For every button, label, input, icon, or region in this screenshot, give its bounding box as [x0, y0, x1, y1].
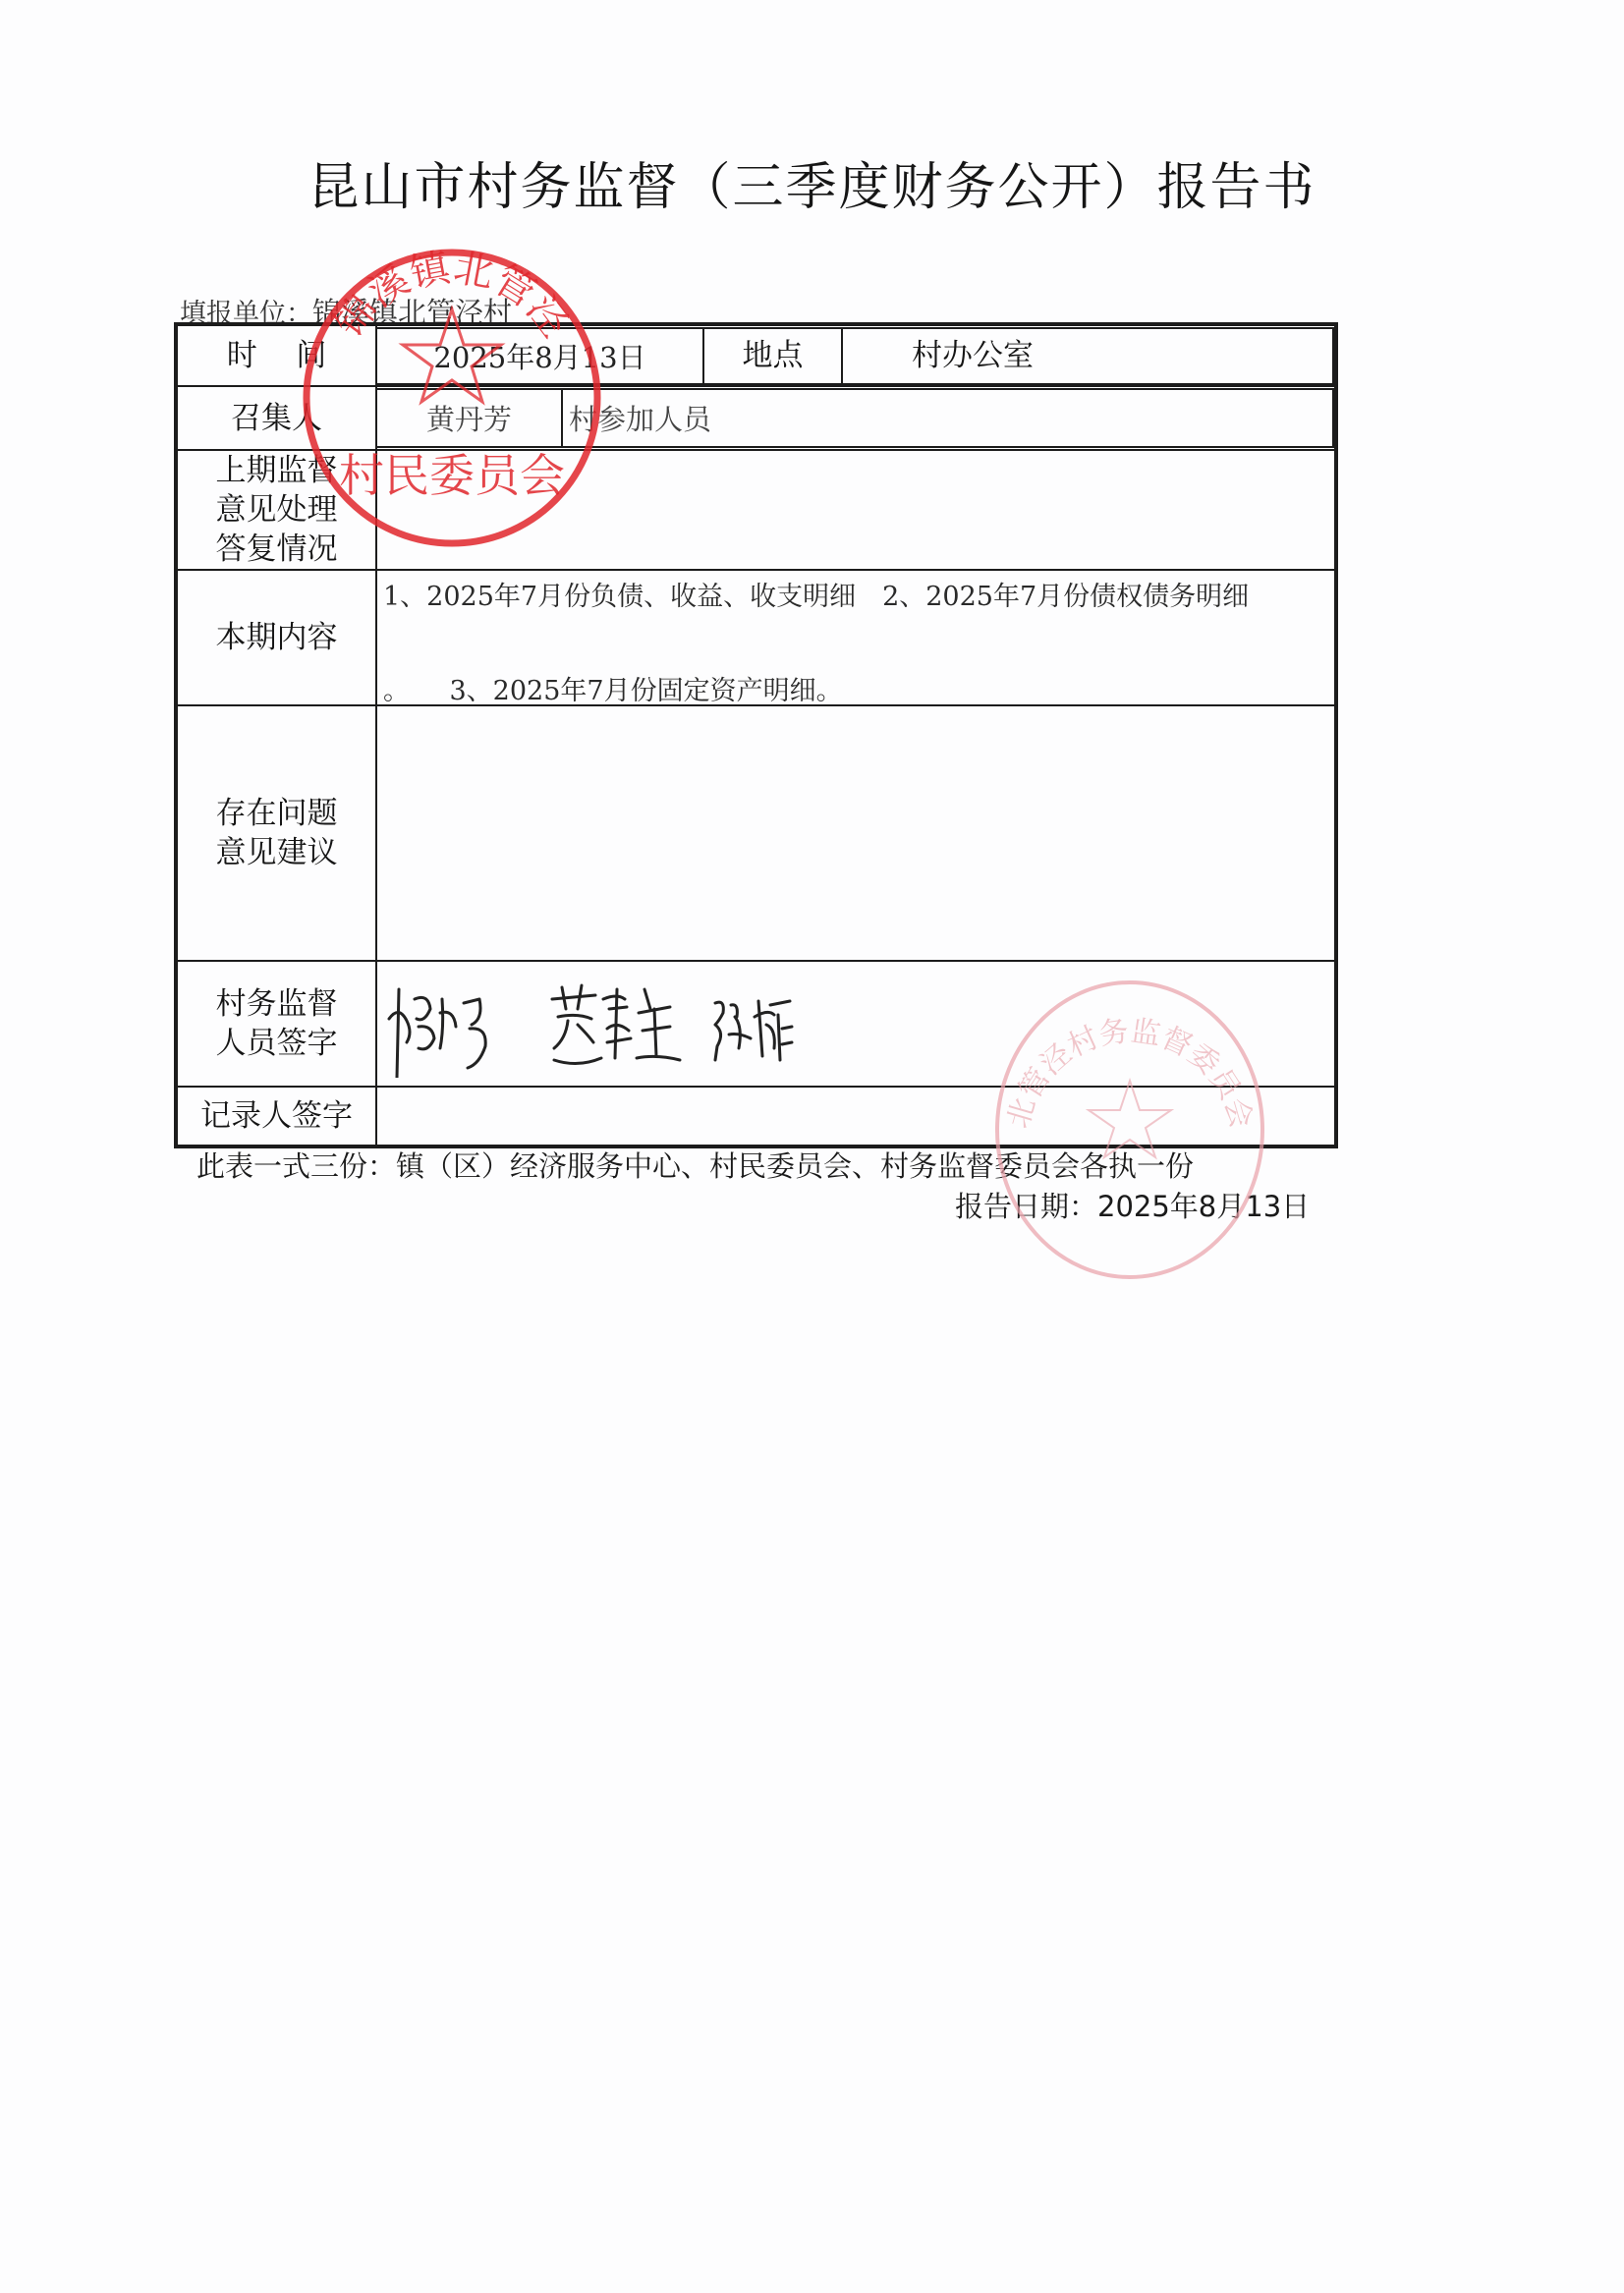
row-issues: 存在问题 意见建议	[176, 705, 1336, 961]
report-date: 报告日期：2025年8月13日	[955, 1185, 1310, 1225]
row-recorder: 记录人签字	[176, 1087, 1336, 1146]
recorder-value	[376, 1087, 1336, 1146]
time-value: 2025年8月13日	[377, 328, 703, 384]
issues-value	[376, 705, 1336, 961]
current-content-line-1: 1、2025年7月份负债、收益、收支明细 2、2025年7月份债权债务明细	[383, 575, 1249, 613]
report-form-table: 时 间 2025年8月13日 地点 村办公室 召集人 黄丹芳 村参加人员 上期监…	[174, 322, 1338, 1148]
current-content-label: 本期内容	[176, 570, 376, 705]
handwritten-signatures-icon	[385, 970, 876, 1078]
current-content-value: 1、2025年7月份负债、收益、收支明细 2、2025年7月份债权债务明细 。 …	[376, 570, 1336, 705]
page-title: 昆山市村务监督（三季度财务公开）报告书	[0, 145, 1624, 219]
row-previous-feedback: 上期监督 意见处理 答复情况	[176, 450, 1336, 570]
supervisors-label: 村务监督 人员签字	[176, 961, 376, 1087]
location-value: 村办公室	[842, 328, 1333, 384]
row-supervisor-signatures: 村务监督 人员签字	[176, 961, 1336, 1087]
location-label: 地点	[703, 328, 842, 384]
current-content-line-2: 。 3、2025年7月份固定资产明细。	[383, 669, 843, 707]
row-time: 时 间 2025年8月13日 地点 村办公室	[176, 324, 1336, 386]
convener-value: 黄丹芳	[377, 389, 562, 447]
row-convener: 召集人 黄丹芳 村参加人员	[176, 386, 1336, 450]
row-current-content: 本期内容 1、2025年7月份负债、收益、收支明细 2、2025年7月份债权债务…	[176, 570, 1336, 705]
convener-label: 召集人	[176, 386, 376, 450]
participants-value: 村参加人员	[562, 389, 1333, 447]
time-label: 时 间	[176, 324, 376, 386]
supervisor-signatures	[376, 961, 1336, 1087]
copies-note: 此表一式三份：镇（区）经济服务中心、村民委员会、村务监督委员会各执一份	[196, 1145, 1194, 1185]
recorder-label: 记录人签字	[176, 1087, 376, 1146]
previous-feedback-value	[376, 450, 1336, 570]
issues-label: 存在问题 意见建议	[176, 705, 376, 961]
previous-feedback-label: 上期监督 意见处理 答复情况	[176, 450, 376, 570]
